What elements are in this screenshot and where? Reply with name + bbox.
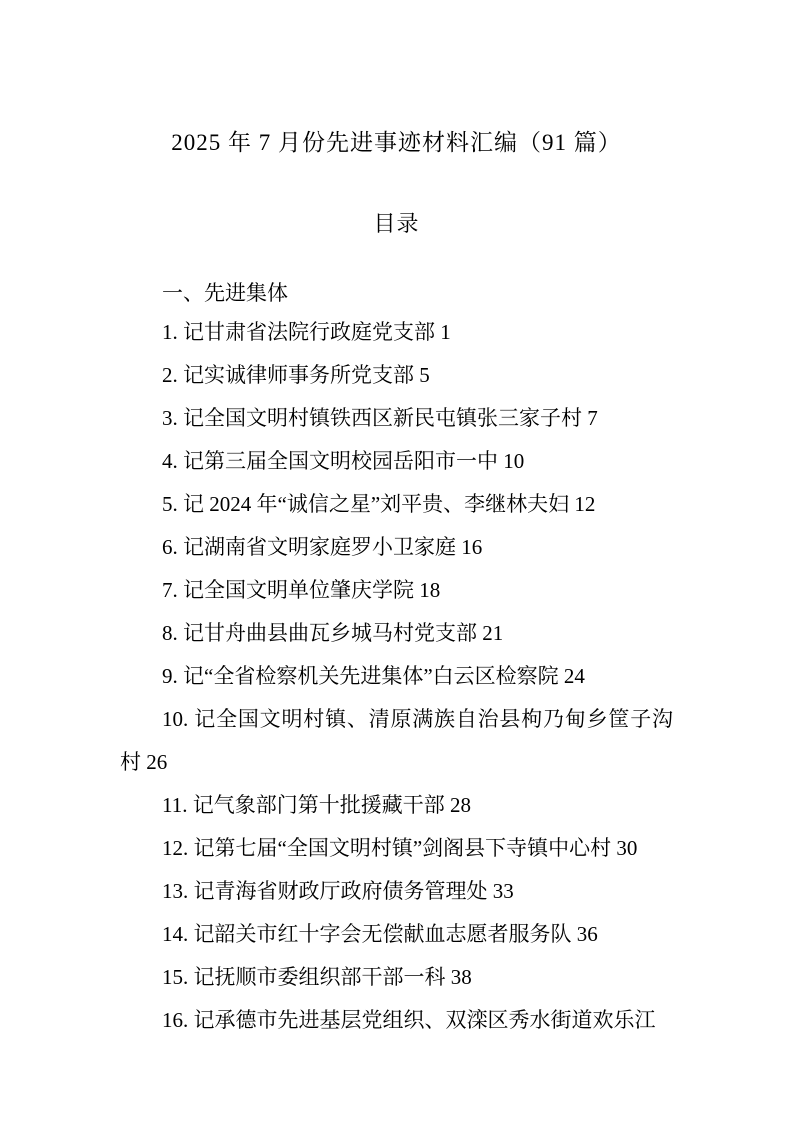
toc-item-page-number: 33 xyxy=(488,879,514,903)
toc-item-number: 8. xyxy=(162,621,183,645)
toc-item-number: 13. xyxy=(162,879,194,903)
toc-item: 5. 记 2024 年“诚信之星”刘平贵、李继林夫妇 12 xyxy=(120,483,673,526)
toc-item: 16. 记承德市先进基层党组织、双滦区秀水街道欢乐江 xyxy=(120,999,673,1042)
toc-item-number: 6. xyxy=(162,535,183,559)
toc-item: 3. 记全国文明村镇铁西区新民屯镇张三家子村 7 xyxy=(120,397,673,440)
toc-item-title: 记甘舟曲县曲瓦乡城马村党支部 xyxy=(183,621,477,645)
toc-item-page-number: 21 xyxy=(477,621,503,645)
toc-item-title: 记气象部门第十批援藏干部 xyxy=(193,793,445,817)
toc-item-title: 记 2024 年“诚信之星”刘平贵、李继林夫妇 xyxy=(183,492,569,516)
toc-item-number: 1. xyxy=(162,320,183,344)
toc-item: 15. 记抚顺市委组织部干部一科 38 xyxy=(120,956,673,999)
toc-item-title: 记实诚律师事务所党支部 xyxy=(183,363,414,387)
toc-item: 13. 记青海省财政厅政府债务管理处 33 xyxy=(120,870,673,913)
toc-item-title: 记甘肃省法院行政庭党支部 xyxy=(183,320,435,344)
toc-item-page-number: 16 xyxy=(456,535,482,559)
toc-item: 4. 记第三届全国文明校园岳阳市一中 10 xyxy=(120,440,673,483)
toc-item-number: 3. xyxy=(162,406,183,430)
toc-item: 1. 记甘肃省法院行政庭党支部 1 xyxy=(120,311,673,354)
toc-item-number: 9. xyxy=(162,664,183,688)
toc-item-number: 10. xyxy=(162,707,194,731)
toc-item-title: 记抚顺市委组织部干部一科 xyxy=(194,965,446,989)
toc-item: 6. 记湖南省文明家庭罗小卫家庭 16 xyxy=(120,526,673,569)
toc-item-number: 16. xyxy=(162,1008,194,1032)
toc-heading: 目录 xyxy=(120,209,673,239)
document-title: 2025 年 7 月份先进事迹材料汇编（91 篇） xyxy=(120,126,673,159)
toc-item-title: 记青海省财政厅政府债务管理处 xyxy=(194,879,488,903)
section-heading: 一、先进集体 xyxy=(120,279,673,307)
toc-item-number: 15. xyxy=(162,965,194,989)
toc-item-page-number: 26 xyxy=(141,750,167,774)
toc-item-page-number: 30 xyxy=(611,836,637,860)
toc-item-title: 记韶关市红十字会无偿献血志愿者服务队 xyxy=(194,922,572,946)
toc-item: 11. 记气象部门第十批援藏干部 28 xyxy=(120,784,673,827)
toc-item: 9. 记“全省检察机关先进集体”白云区检察院 24 xyxy=(120,655,673,698)
toc-item-title: 记承德市先进基层党组织、双滦区秀水街道欢乐江 xyxy=(194,1008,656,1032)
toc-section: 一、先进集体 1. 记甘肃省法院行政庭党支部 12. 记实诚律师事务所党支部 5… xyxy=(120,279,673,1042)
toc-item-page-number: 36 xyxy=(572,922,598,946)
toc-item-page-number: 7 xyxy=(582,406,598,430)
toc-item-title: 记湖南省文明家庭罗小卫家庭 xyxy=(183,535,456,559)
toc-item-number: 12. xyxy=(162,836,194,860)
toc-item-title: 记第三届全国文明校园岳阳市一中 xyxy=(183,449,498,473)
toc-item-number: 11. xyxy=(162,793,193,817)
toc-item: 10. 记全国文明村镇、清原满族自治县枸乃甸乡筐子沟村 26 xyxy=(120,698,673,784)
toc-item-page-number: 10 xyxy=(498,449,524,473)
toc-item-title: 记全国文明村镇铁西区新民屯镇张三家子村 xyxy=(183,406,582,430)
toc-item-title: 记全国文明村镇、清原满族自治县枸乃甸乡筐子沟村 xyxy=(120,707,673,774)
toc-item-page-number: 24 xyxy=(559,664,585,688)
toc-item: 7. 记全国文明单位肇庆学院 18 xyxy=(120,569,673,612)
toc-item-page-number: 5 xyxy=(414,363,430,387)
toc-item-number: 5. xyxy=(162,492,183,516)
toc-list: 1. 记甘肃省法院行政庭党支部 12. 记实诚律师事务所党支部 53. 记全国文… xyxy=(120,311,673,1042)
toc-item-number: 14. xyxy=(162,922,194,946)
toc-item-page-number: 28 xyxy=(445,793,471,817)
document-page: 2025 年 7 月份先进事迹材料汇编（91 篇） 目录 一、先进集体 1. 记… xyxy=(0,0,793,1122)
toc-item-title: 记全国文明单位肇庆学院 xyxy=(183,578,414,602)
toc-item-page-number: 1 xyxy=(435,320,451,344)
toc-item-number: 2. xyxy=(162,363,183,387)
toc-item-page-number: 12 xyxy=(569,492,595,516)
toc-item-number: 4. xyxy=(162,449,183,473)
toc-item: 8. 记甘舟曲县曲瓦乡城马村党支部 21 xyxy=(120,612,673,655)
toc-item-title: 记“全省检察机关先进集体”白云区检察院 xyxy=(183,664,559,688)
toc-item-number: 7. xyxy=(162,578,183,602)
toc-item: 14. 记韶关市红十字会无偿献血志愿者服务队 36 xyxy=(120,913,673,956)
toc-item-page-number: 38 xyxy=(446,965,472,989)
toc-item-page-number: 18 xyxy=(414,578,440,602)
toc-item: 2. 记实诚律师事务所党支部 5 xyxy=(120,354,673,397)
toc-item: 12. 记第七届“全国文明村镇”剑阁县下寺镇中心村 30 xyxy=(120,827,673,870)
toc-item-title: 记第七届“全国文明村镇”剑阁县下寺镇中心村 xyxy=(194,836,612,860)
